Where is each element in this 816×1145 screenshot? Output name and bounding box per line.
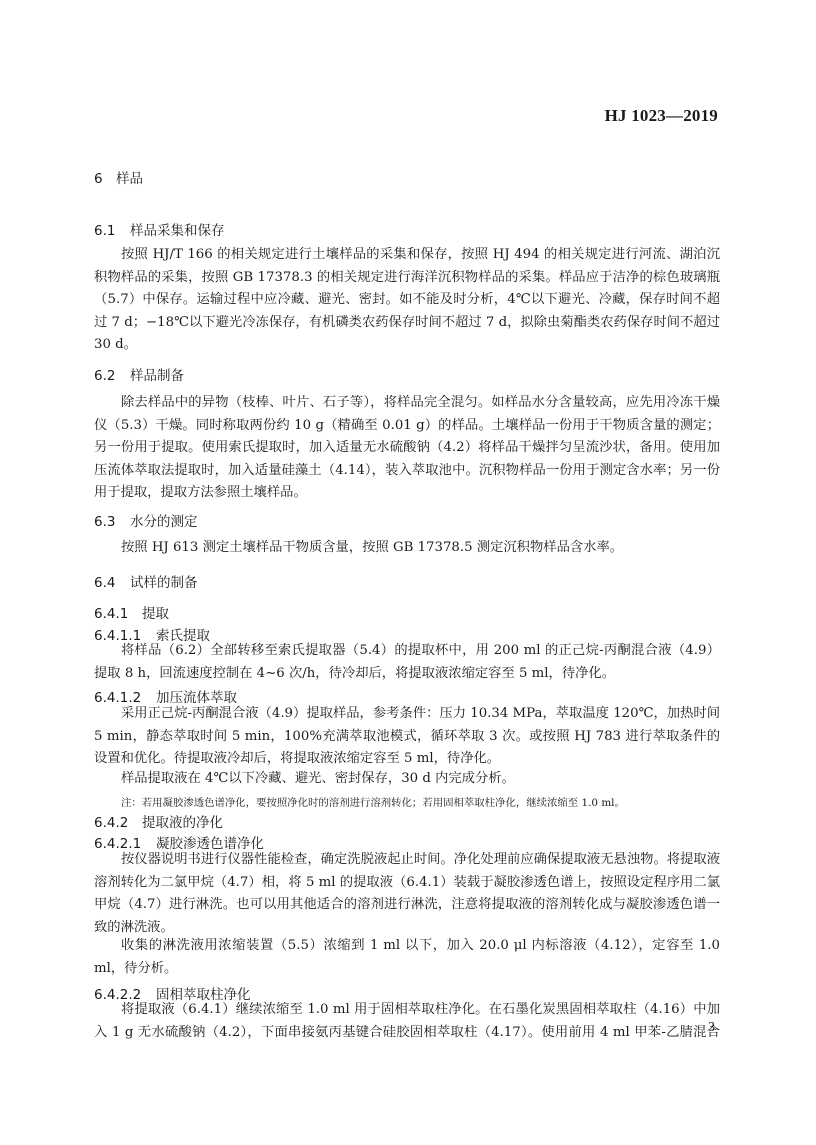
- heading-title: 提取: [142, 606, 169, 622]
- note: 注：若用凝胶渗透色谱净化，要按照净化时的溶剂进行溶剂转化；若用固相萃取柱净化，继…: [121, 794, 625, 809]
- heading-number: 6.1: [94, 223, 130, 239]
- paragraph-6-1: 按照 HJ/T 166 的相关规定进行土壤样品的采集和保存，按照 HJ 494 …: [94, 244, 720, 357]
- heading-number: 6.4.1: [94, 606, 142, 622]
- page-number: 3: [708, 1020, 715, 1036]
- paragraph-6-4-2-1: 按仪器说明书进行仪器性能检查，确定洗脱液起止时间。净化处理前应确保提取液无悬浊物…: [94, 849, 720, 939]
- heading-6-3: 6.3水分的测定: [94, 510, 198, 530]
- heading-title: 样品制备: [130, 368, 184, 384]
- paragraph-6-3: 按照 HJ 613 测定土壤样品干物质含量，按照 GB 17378.5 测定沉积…: [94, 537, 720, 560]
- heading-6-4-1: 6.4.1提取: [94, 602, 169, 622]
- heading-number: 6.4.2: [94, 815, 142, 831]
- paragraph-6-4-2-2: 将提取液（6.4.1）继续浓缩至 1.0 ml 用于固相萃取柱净化。在石墨化炭黑…: [94, 999, 720, 1044]
- heading-title: 样品: [116, 171, 143, 187]
- heading-number: 6: [94, 171, 116, 187]
- heading-6-4-2: 6.4.2提取液的净化: [94, 811, 223, 831]
- heading-number: 6.4: [94, 575, 130, 591]
- paragraph-6-4-1-2-storage: 样品提取液在 4℃以下冷藏、避光、密封保存，30 d 内完成分析。: [94, 768, 720, 791]
- standard-number: HJ 1023—2019: [605, 106, 718, 126]
- paragraph-6-2: 除去样品中的异物（枝棒、叶片、石子等），将样品完全混匀。如样品水分含量较高，应先…: [94, 392, 720, 505]
- paragraph-6-4-1-2: 采用正己烷-丙酮混合液（4.9）提取样品，参考条件：压力 10.34 MPa，萃…: [94, 703, 720, 771]
- paragraph-6-4-2-1-concentrate: 收集的淋洗液用浓缩装置（5.5）浓缩到 1 ml 以下，加入 20.0 μl 内…: [94, 935, 720, 980]
- heading-number: 6.2: [94, 368, 130, 384]
- heading-title: 提取液的净化: [142, 815, 223, 831]
- heading-title: 水分的测定: [130, 514, 198, 530]
- heading-6: 6样品: [94, 167, 143, 187]
- heading-6-2: 6.2样品制备: [94, 364, 184, 384]
- paragraph-6-4-1-1: 将样品（6.2）全部转移至索氏提取器（5.4）的提取杯中，用 200 ml 的正…: [94, 640, 720, 685]
- heading-6-1: 6.1样品采集和保存: [94, 219, 225, 239]
- heading-6-4: 6.4试样的制备: [94, 571, 198, 591]
- heading-title: 试样的制备: [130, 575, 198, 591]
- heading-title: 样品采集和保存: [130, 223, 225, 239]
- heading-number: 6.3: [94, 514, 130, 530]
